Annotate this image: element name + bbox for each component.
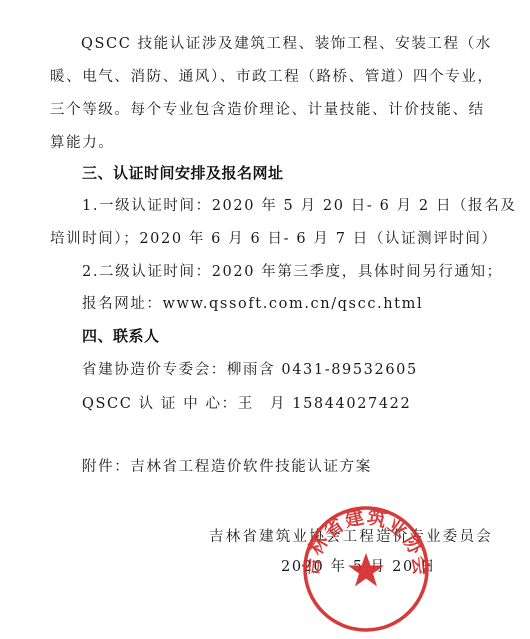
attachment-line: 附件：吉林省工程造价软件技能认证方案 bbox=[82, 457, 372, 477]
signature-date: 2020 年 5 月 20 日 bbox=[281, 557, 436, 577]
registration-url: 报名网址：www.qssoft.com.cn/qscc.html bbox=[82, 294, 423, 314]
contact-1: 省建协造价专委会：柳雨含 0431-89532605 bbox=[82, 360, 418, 380]
paragraph1-line-3: 三个等级。每个专业包含造价理论、计量技能、计价技能、结 bbox=[50, 100, 485, 120]
contact-2: QSCC 认 证 中 心：王 月 15844027422 bbox=[82, 394, 411, 414]
section3-item1-line-1: 1.一级认证时间：2020 年 5 月 20 日- 6 月 2 日（报名及 bbox=[82, 196, 516, 216]
paragraph1-line-4: 算能力。 bbox=[50, 133, 114, 153]
section3-heading: 三、认证时间安排及报名网址 bbox=[82, 163, 284, 183]
signature-organization: 吉林省建筑业协会工程造价专业委员会 bbox=[209, 527, 493, 547]
paragraph1-line-1: QSCC 技能认证涉及建筑工程、装饰工程、安装工程（水 bbox=[81, 34, 492, 54]
section4-heading: 四、联系人 bbox=[82, 326, 160, 346]
section3-item2: 2.二级认证时间：2020 年第三季度，具体时间另行通知； bbox=[82, 262, 503, 282]
paragraph1-line-2: 暖、电气、消防、通风）、市政工程（路桥、管道）四个专业， bbox=[50, 67, 494, 87]
section3-item1-line-2: 培训时间）；2020 年 6 月 6 日- 6 月 7 日（认证测评时间） bbox=[50, 229, 498, 249]
